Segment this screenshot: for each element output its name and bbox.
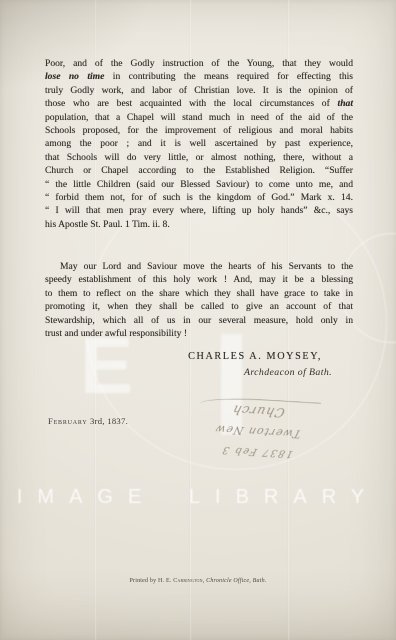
dateline-month: February xyxy=(48,416,88,426)
printed-text-line: “ I will that men pray every where, lift… xyxy=(45,204,353,217)
text-segment: “ forbid them not, for of such is the ki… xyxy=(45,192,353,203)
text-segment: that xyxy=(338,98,353,109)
text-segment: his Apostle St. Paul. 1 Tim. ii. 8. xyxy=(45,219,170,230)
text-segment: promoting it, when they shall be called … xyxy=(45,301,353,312)
printed-text-line: among the poor ; and it is well ascertai… xyxy=(45,137,353,150)
body-paragraph-2: May our Lord and Saviour move the hearts… xyxy=(45,260,353,340)
text-segment: population, that a Chapel will stand muc… xyxy=(45,112,353,123)
text-segment: H. E. Carrington, xyxy=(158,578,204,584)
printed-text-line: “ forbid them not, for of such is the ki… xyxy=(45,191,353,204)
text-segment: Schools proposed, for the improvement of… xyxy=(45,125,353,136)
printed-text-line: Stewardship, which all of us in our seve… xyxy=(45,314,353,327)
image-library-watermark: IMAGE LIBRARY xyxy=(0,486,396,509)
printed-text-line: to them to reflect on the share which th… xyxy=(45,287,353,300)
body-paragraph-1: Poor, and of the Godly instruction of th… xyxy=(45,57,353,231)
text-segment: Printed by xyxy=(129,578,158,584)
printed-text-line: truly Godly work, and labor of Christian… xyxy=(45,84,353,97)
signature-name: CHARLES A. MOYSEY, xyxy=(188,351,322,362)
printed-text-line: those who are best acquainted with the l… xyxy=(45,97,353,110)
printed-text-line: that Schools will do very little, or alm… xyxy=(45,151,353,164)
text-segment: “ I will that men pray every where, lift… xyxy=(45,205,353,216)
printed-text-line: his Apostle St. Paul. 1 Tim. ii. 8. xyxy=(45,218,353,231)
handwritten-note-upside-down: 1837 Feb 3Twerton NewChurch xyxy=(197,397,319,463)
text-segment: 1837 Feb 3 xyxy=(220,444,294,459)
printed-text-line: population, that a Chapel will stand muc… xyxy=(45,111,353,124)
printed-text-line: Poor, and of the Godly instruction of th… xyxy=(45,57,353,70)
text-segment: Stewardship, which all of us in our seve… xyxy=(45,315,353,326)
text-segment: to them to reflect on the share which th… xyxy=(45,288,353,299)
printed-text-line: Church or Chapel according to the Establ… xyxy=(45,164,353,177)
text-segment: Church xyxy=(230,402,286,420)
printed-text-line: trust and under awful responsibility ! xyxy=(45,327,353,340)
watermark-letter-fragment: E xyxy=(80,330,133,402)
printer-imprint: Printed by H. E. Carrington, Chronicle O… xyxy=(0,578,396,584)
scanned-document-page: E Poor, and of the Godly instruction of … xyxy=(0,0,396,640)
printed-text-line: promoting it, when they shall be called … xyxy=(45,300,353,313)
printer-imprint-line: Printed by H. E. Carrington, Chronicle O… xyxy=(0,578,396,584)
dateline: February 3rd, 1837. xyxy=(48,416,128,426)
text-segment: Poor, and of the Godly instruction of th… xyxy=(45,58,353,69)
printed-text-line: speedy establishment of this holy work !… xyxy=(45,273,353,286)
text-segment: that Schools will do very little, or alm… xyxy=(45,152,353,163)
dateline-rest: 3rd, 1837. xyxy=(88,416,129,426)
text-segment: lose no time xyxy=(45,71,104,82)
printed-text-line: May our Lord and Saviour move the hearts… xyxy=(45,260,353,273)
printed-text-line: “ the little Children (said our Blessed … xyxy=(45,178,353,191)
text-segment: Church or Chapel according to the Establ… xyxy=(45,165,353,176)
text-segment: Twerton New xyxy=(213,422,302,440)
text-segment: among the poor ; and it is well ascertai… xyxy=(45,138,353,149)
text-segment: those who are best acquainted with the l… xyxy=(45,98,338,109)
text-segment: trust and under awful responsibility ! xyxy=(45,328,187,339)
text-segment: “ the little Children (said our Blessed … xyxy=(45,179,353,190)
text-segment: Chronicle Office, Bath. xyxy=(206,578,266,584)
text-segment: speedy establishment of this holy work !… xyxy=(45,274,353,285)
text-segment: in contributing the means required for e… xyxy=(104,71,353,82)
signature-title: Archdeacon of Bath. xyxy=(244,367,332,378)
printed-text-line: lose no time in contributing the means r… xyxy=(45,70,353,83)
text-segment: May our Lord and Saviour move the hearts… xyxy=(60,261,353,272)
text-segment: truly Godly work, and labor of Christian… xyxy=(45,85,353,96)
printed-text-line: Schools proposed, for the improvement of… xyxy=(45,124,353,137)
